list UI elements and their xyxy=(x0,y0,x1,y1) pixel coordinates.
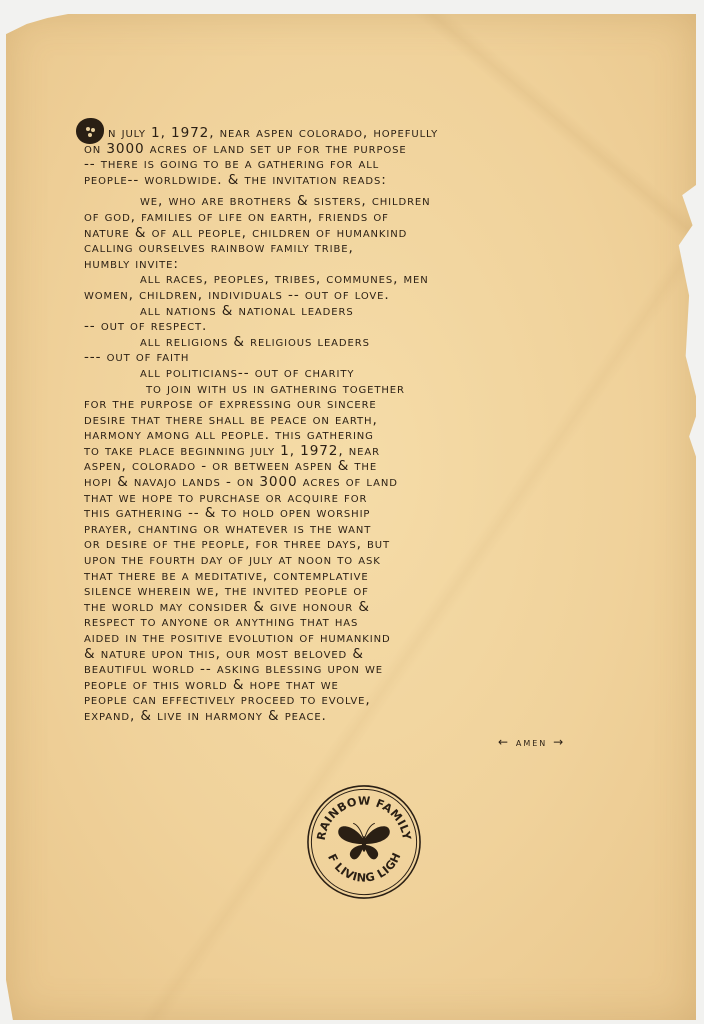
text-line: of god, families of life on earth, frien… xyxy=(84,210,664,226)
text-line: to take place beginning july 1, 1972, ne… xyxy=(84,444,664,460)
text-line: humbly invite: xyxy=(84,257,664,273)
text-line: respect to anyone or anything that has xyxy=(84,615,664,631)
text-line: or desire of the people, for three days,… xyxy=(84,537,664,553)
text-line: beautiful world -- asking blessing upon … xyxy=(84,662,664,678)
text-line: --- out of faith xyxy=(84,350,664,366)
text-line: all religions & religious leaders xyxy=(84,335,664,351)
text-line: -- there is going to be a gathering for … xyxy=(84,157,664,173)
text-line: to join with us in gathering together xyxy=(84,382,664,398)
text-line: n july 1, 1972, near aspen colorado, hop… xyxy=(84,126,664,142)
text-line: aided in the positive evolution of human… xyxy=(84,631,664,647)
text-line: all politicians-- out of charity xyxy=(84,366,664,382)
text-line: desire that there shall be peace on eart… xyxy=(84,413,664,429)
text-line: -- out of respect. xyxy=(84,319,664,335)
text-line: this gathering -- & to hold open worship xyxy=(84,506,664,522)
text-line: upon the fourth day of july at noon to a… xyxy=(84,553,664,569)
text-line: people of this world & hope that we xyxy=(84,678,664,694)
text-line: expand, & live in harmony & peace. xyxy=(84,709,664,725)
text-line: the world may consider & give honour & xyxy=(84,600,664,616)
text-line: people can effectively proceed to evolve… xyxy=(84,693,664,709)
text-line: & nature upon this, our most beloved & xyxy=(84,647,664,663)
text-line: harmony among all people. this gathering xyxy=(84,428,664,444)
text-line: all nations & national leaders xyxy=(84,304,664,320)
invitation-text: n july 1, 1972, near aspen colorado, hop… xyxy=(84,126,664,725)
text-line: hopi & navajo lands - on 3000 acres of l… xyxy=(84,475,664,491)
invitation-paragraph: we, who are brothers & sisters, children… xyxy=(84,194,664,724)
rainbow-family-seal: RAINBOW FAMILY OF LIVING LIGHT xyxy=(305,783,423,901)
text-line: on 3000 acres of land set up for the pur… xyxy=(84,142,664,158)
text-line: aspen, colorado - or between aspen & the xyxy=(84,459,664,475)
text-line: women, children, individuals -- out of l… xyxy=(84,288,664,304)
intro-paragraph: n july 1, 1972, near aspen colorado, hop… xyxy=(84,126,664,188)
text-line: people-- worldwide. & the invitation rea… xyxy=(84,173,664,189)
text-line: nature & of all people, children of huma… xyxy=(84,226,664,242)
butterfly-icon xyxy=(338,823,390,859)
drop-cap-o xyxy=(76,118,104,144)
text-line: prayer, chanting or whatever is the want xyxy=(84,522,664,538)
text-line: calling ourselves rainbow family tribe, xyxy=(84,241,664,257)
closing-amen: ← amen → xyxy=(498,735,565,749)
text-line: that there be a meditative, contemplativ… xyxy=(84,569,664,585)
text-line: for the purpose of expressing our sincer… xyxy=(84,397,664,413)
text-line: all races, peoples, tribes, communes, me… xyxy=(84,272,664,288)
text-line: silence wherein we, the invited people o… xyxy=(84,584,664,600)
text-line: that we hope to purchase or acquire for xyxy=(84,491,664,507)
text-line: we, who are brothers & sisters, children xyxy=(84,194,664,210)
